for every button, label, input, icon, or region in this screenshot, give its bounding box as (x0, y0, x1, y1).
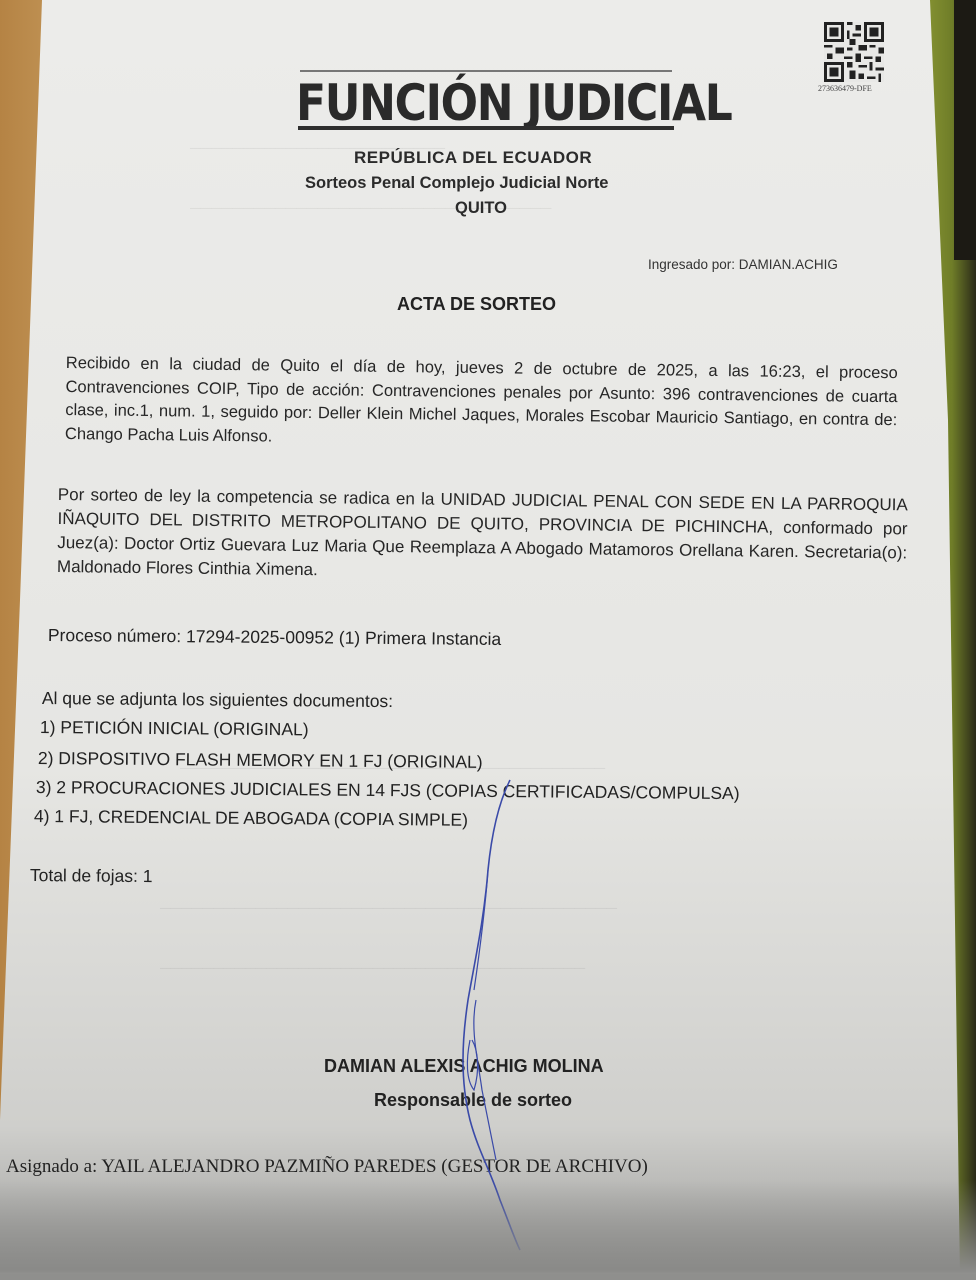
header-country: REPÚBLICA DEL ECUADOR (354, 148, 592, 168)
header-office: Sorteos Penal Complejo Judicial Norte (305, 174, 609, 193)
adjuntos-intro: Al que se adjunta los siguientes documen… (42, 688, 393, 712)
adjunto-item: 2) DISPOSITIVO FLASH MEMORY EN 1 FJ (ORI… (38, 748, 483, 773)
paragraph-recibido: Recibido en la ciudad de Quito el día de… (65, 352, 898, 456)
adjunto-item: 1) PETICIÓN INICIAL (ORIGINAL) (40, 717, 309, 740)
total-fojas: Total de fojas: 1 (30, 865, 153, 887)
logo-rule-top (300, 70, 672, 72)
paper-document: ──────────────────────── ───────────────… (0, 0, 976, 1280)
bottom-shadow (0, 1180, 976, 1280)
document-title: ACTA DE SORTEO (397, 294, 556, 315)
funcion-judicial-logo: FUNCIÓN JUDICIAL (296, 74, 731, 132)
paragraph-sorteo: Por sorteo de ley la competencia se radi… (57, 483, 908, 589)
signer-role: Responsable de sorteo (374, 1090, 572, 1111)
ingresado-por: Ingresado por: DAMIAN.ACHIG (648, 257, 838, 272)
logo-rule-bottom (298, 126, 674, 130)
header-city: QUITO (455, 199, 507, 218)
signer-name: DAMIAN ALEXIS ACHIG MOLINA (324, 1056, 604, 1077)
bottom-edge (0, 1274, 976, 1280)
proceso-numero: Proceso número: 17294-2025-00952 (1) Pri… (48, 625, 501, 650)
adjunto-item: 4) 1 FJ, CREDENCIAL DE ABOGADA (COPIA SI… (34, 806, 468, 831)
adjunto-item: 3) 2 PROCURACIONES JUDICIALES EN 14 FJS … (36, 777, 740, 804)
qr-code-icon (822, 22, 886, 82)
background-right-shadow (954, 0, 976, 260)
qr-code-id: 273636479-DFE (818, 84, 872, 93)
asignado-a: Asignado a: YAIL ALEJANDRO PAZMIÑO PARED… (6, 1156, 648, 1178)
